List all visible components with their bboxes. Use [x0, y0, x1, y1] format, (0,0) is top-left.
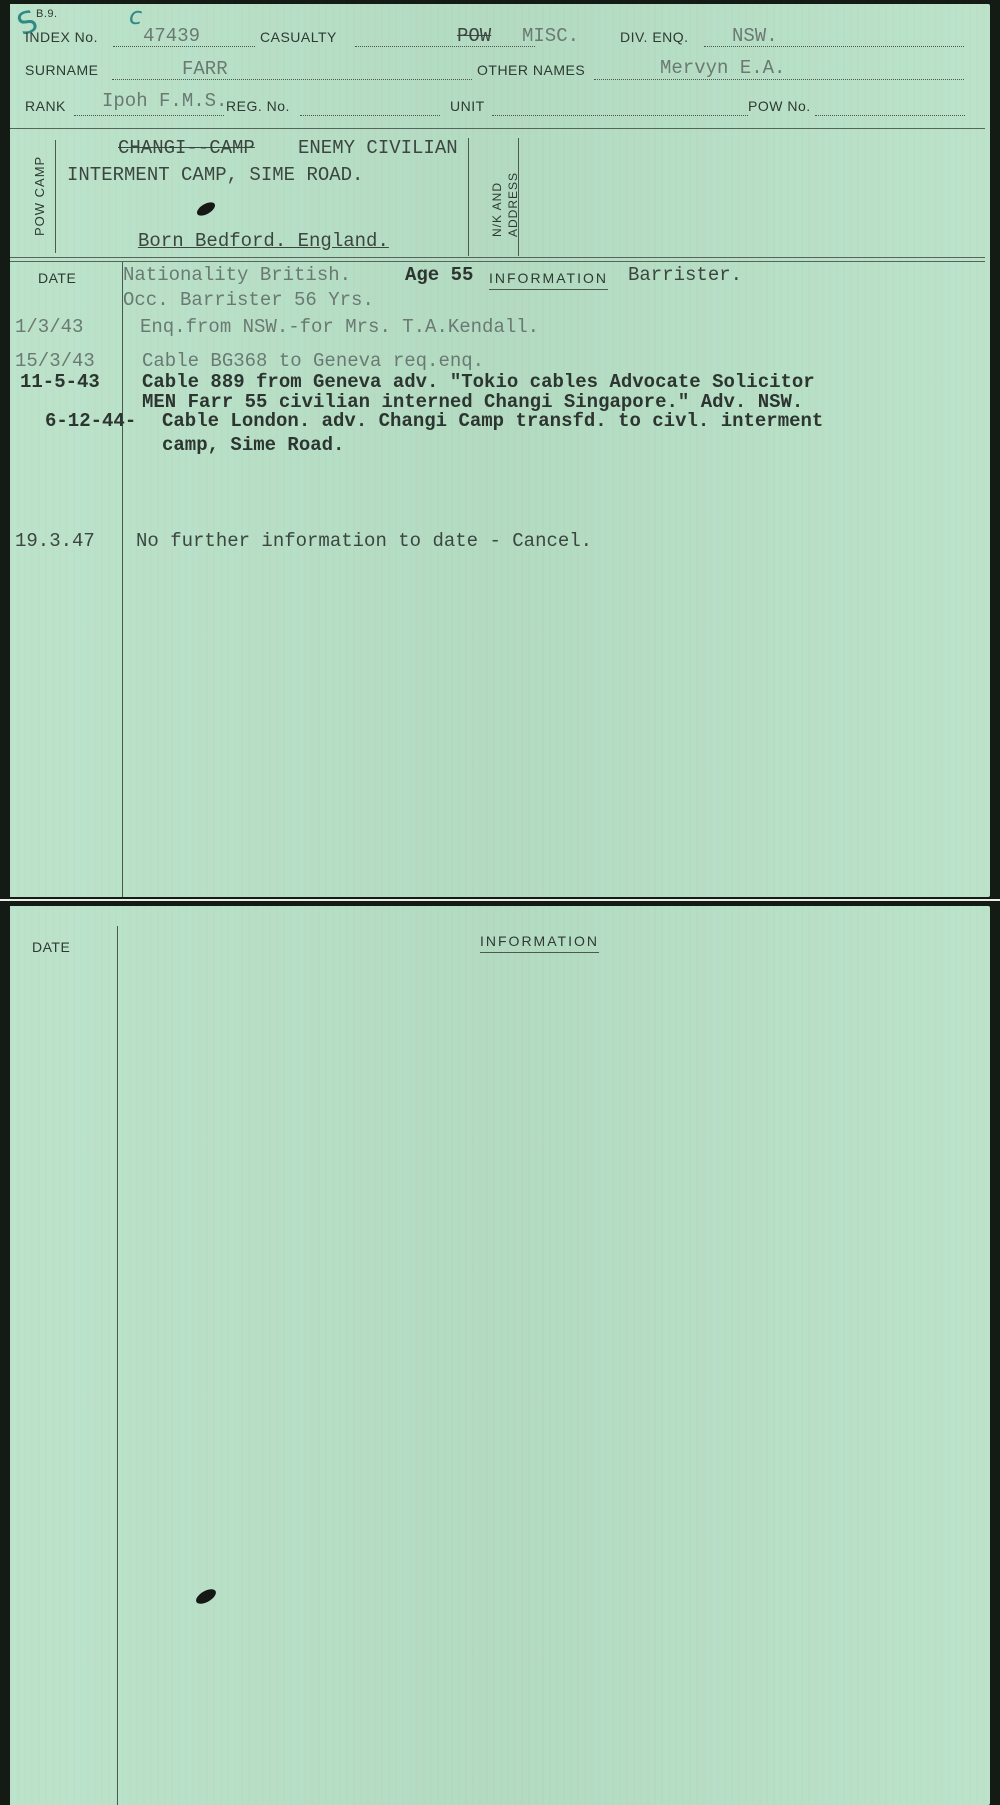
born-text: Born Bedford. England. [138, 230, 389, 252]
entry-date: 1/3/43 [15, 316, 83, 338]
rank-value: Ipoh F.M.S. [102, 90, 227, 112]
entry-date: 19.3.47 [15, 530, 95, 552]
entry-text: Enq.from NSW.-for Mrs. T.A.Kendall. [140, 316, 539, 338]
information-header: INFORMATION [489, 270, 608, 290]
surname-line [112, 79, 472, 80]
div-enq-value: NSW. [732, 25, 778, 47]
date-header: DATE [38, 270, 76, 286]
entry-date: 15/3/43 [15, 350, 95, 372]
information-header: INFORMATION [480, 933, 599, 953]
index-no-value: 47439 [143, 25, 200, 47]
date-header: DATE [32, 939, 70, 955]
entry-text: Cable 889 from Geneva adv. "Tokio cables… [142, 371, 815, 393]
index-card-front: S B.9. c INDEX No. 47439 CASUALTY POW MI… [10, 4, 990, 897]
entry-date: 6-12-44- [45, 410, 136, 432]
date-column-divider [122, 262, 123, 897]
nationality-text: Nationality British. [123, 264, 351, 286]
camp-line2: INTERMENT CAMP, SIME ROAD. [67, 164, 363, 186]
rank-label: RANK [25, 98, 66, 114]
other-names-line [594, 79, 964, 80]
header-divider [10, 128, 985, 129]
reg-no-line [300, 115, 440, 116]
rank-line [74, 115, 224, 116]
pow-no-line [815, 115, 965, 116]
unit-label: UNIT [450, 98, 485, 114]
surname-value: FARR [182, 58, 228, 80]
entry-text: Cable London. adv. Changi Camp transfd. … [162, 410, 823, 432]
corner-stamp: B.9. [36, 8, 58, 20]
camp-divider-2 [10, 261, 985, 262]
pow-camp-divider [55, 140, 56, 253]
casualty-line [355, 46, 535, 47]
punch-hole-mark [195, 200, 217, 219]
pow-no-label: POW No. [748, 98, 811, 114]
nk-divider-left [468, 138, 469, 256]
nk-divider-right [518, 138, 519, 256]
entry-text: camp, Sime Road. [162, 434, 344, 456]
entry-text: Cable BG368 to Geneva req.enq. [142, 350, 484, 372]
casualty-struck-value: POW [457, 25, 491, 47]
surname-label: SURNAME [25, 62, 99, 78]
div-enq-label: DIV. ENQ. [620, 29, 689, 45]
date-column-divider [117, 926, 118, 1805]
occupation-line: Occ. Barrister 56 Yrs. [123, 289, 374, 311]
index-pencil-letter: c [129, 2, 142, 30]
camp-divider-1 [10, 257, 985, 258]
card-separator [0, 897, 1000, 906]
casualty-value: MISC. [522, 25, 579, 47]
casualty-label: CASUALTY [260, 29, 337, 45]
unit-line [492, 115, 748, 116]
camp-struck-text: CHANGI--CAMP [118, 137, 255, 159]
entry-date: 11-5-43 [20, 371, 100, 393]
index-card-back: DATE INFORMATION [10, 906, 990, 1805]
reg-no-label: REG. No. [226, 98, 290, 114]
age-text: Age 55 [405, 264, 473, 286]
nk-label-line1: N/K AND [490, 182, 504, 237]
occupation-text: Barrister. [628, 264, 742, 286]
entry-text: No further information to date - Cancel. [136, 530, 592, 552]
camp-line1: ENEMY CIVILIAN [298, 137, 458, 159]
index-no-label: INDEX No. [25, 29, 98, 45]
pow-camp-label: POW CAMP [32, 156, 47, 236]
punch-hole-mark [194, 1586, 219, 1607]
other-names-value: Mervyn E.A. [660, 57, 785, 79]
other-names-label: OTHER NAMES [477, 62, 585, 78]
